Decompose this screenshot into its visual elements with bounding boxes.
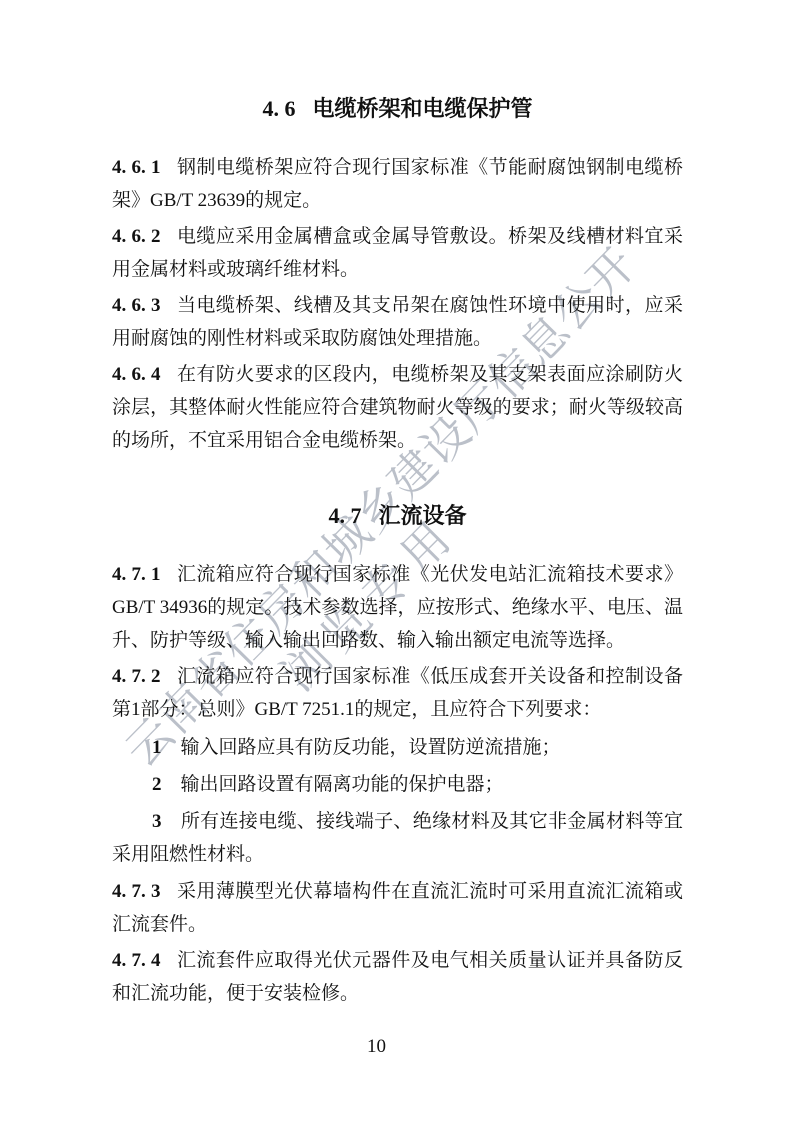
clause-4-7-4: 4. 7. 4汇流套件应取得光伏元器件及电气相关质量认证并具备防反和汇流功能，便… <box>112 944 683 1010</box>
clause-text: 汇流箱应符合现行国家标准《光伏发电站汇流箱技术要求》GB/T 34936的规定。… <box>112 564 683 651</box>
clause-4-6-2: 4. 6. 2电缆应采用金属槽盒或金属导管敷设。桥架及线槽材料宜采用金属材料或玻… <box>112 220 683 286</box>
clause-4-7-3: 4. 7. 3采用薄膜型光伏幕墙构件在直流汇流时可采用直流汇流箱或汇流套件。 <box>112 875 683 941</box>
section-title-text: 汇流设备 <box>378 503 466 528</box>
section-number: 4. 7 <box>328 503 361 528</box>
page-number: 10 <box>0 1034 753 1060</box>
sub-item-number: 2 <box>152 774 162 795</box>
sub-item-3: 3所有连接电缆、接线端子、绝缘材料及其它非金属材料等宜采用阻燃性材料。 <box>112 805 683 871</box>
clause-text: 汇流套件应取得光伏元器件及电气相关质量认证并具备防反和汇流功能，便于安装检修。 <box>112 950 683 1004</box>
sub-item-text: 输出回路设置有隔离功能的保护电器； <box>181 774 504 795</box>
clause-4-6-4: 4. 6. 4在有防火要求的区段内，电缆桥架及其支架表面应涂刷防火涂层，其整体耐… <box>112 358 683 457</box>
clause-number: 4. 7. 2 <box>112 666 160 687</box>
clause-4-6-1: 4. 6. 1钢制电缆桥架应符合现行国家标准《节能耐腐蚀钢制电缆桥架》GB/T … <box>112 151 683 217</box>
sub-item-number: 3 <box>152 811 162 832</box>
section-heading-4-7: 4. 7汇流设备 <box>112 503 683 529</box>
clause-number: 4. 7. 4 <box>112 950 160 971</box>
sub-item-number: 1 <box>152 737 162 758</box>
clause-4-6-3: 4. 6. 3当电缆桥架、线槽及其支吊架在腐蚀性环境中使用时，应采用耐腐蚀的刚性… <box>112 289 683 355</box>
clause-text: 在有防火要求的区段内，电缆桥架及其支架表面应涂刷防火涂层，其整体耐火性能应符合建… <box>112 364 683 451</box>
sub-item-text: 所有连接电缆、接线端子、绝缘材料及其它非金属材料等宜采用阻燃性材料。 <box>112 811 683 865</box>
section-title-text: 电缆桥架和电缆保护管 <box>312 96 532 121</box>
clause-4-7-2: 4. 7. 2汇流箱应符合现行国家标准《低压成套开关设备和控制设备 第1部分：总… <box>112 660 683 726</box>
clause-number: 4. 7. 1 <box>112 564 160 585</box>
page-content: 4. 6电缆桥架和电缆保护管 4. 6. 1钢制电缆桥架应符合现行国家标准《节能… <box>0 0 793 1010</box>
document-page: 云南省住房和城乡建设厅信息公开 浏览专用 4. 6电缆桥架和电缆保护管 4. 6… <box>0 0 793 1122</box>
clause-number: 4. 6. 1 <box>112 157 160 178</box>
clause-text: 钢制电缆桥架应符合现行国家标准《节能耐腐蚀钢制电缆桥架》GB/T 23639的规… <box>112 157 683 211</box>
clause-text: 当电缆桥架、线槽及其支吊架在腐蚀性环境中使用时，应采用耐腐蚀的刚性材料或采取防腐… <box>112 295 683 349</box>
clause-number: 4. 6. 3 <box>112 295 160 316</box>
clause-text: 电缆应采用金属槽盒或金属导管敷设。桥架及线槽材料宜采用金属材料或玻璃纤维材料。 <box>112 226 683 280</box>
clause-text: 采用薄膜型光伏幕墙构件在直流汇流时可采用直流汇流箱或汇流套件。 <box>112 881 683 935</box>
clause-4-7-1: 4. 7. 1汇流箱应符合现行国家标准《光伏发电站汇流箱技术要求》GB/T 34… <box>112 558 683 657</box>
clause-number: 4. 6. 4 <box>112 364 160 385</box>
sub-item-2: 2输出回路设置有隔离功能的保护电器； <box>112 768 683 801</box>
sub-item-text: 输入回路应具有防反功能，设置防逆流措施； <box>181 737 561 758</box>
section-number: 4. 6 <box>262 96 295 121</box>
clause-number: 4. 6. 2 <box>112 226 160 247</box>
clause-text: 汇流箱应符合现行国家标准《低压成套开关设备和控制设备 第1部分：总则》GB/T … <box>112 666 683 720</box>
clause-number: 4. 7. 3 <box>112 881 160 902</box>
sub-item-1: 1输入回路应具有防反功能，设置防逆流措施； <box>112 731 683 764</box>
section-heading-4-6: 4. 6电缆桥架和电缆保护管 <box>112 96 683 122</box>
